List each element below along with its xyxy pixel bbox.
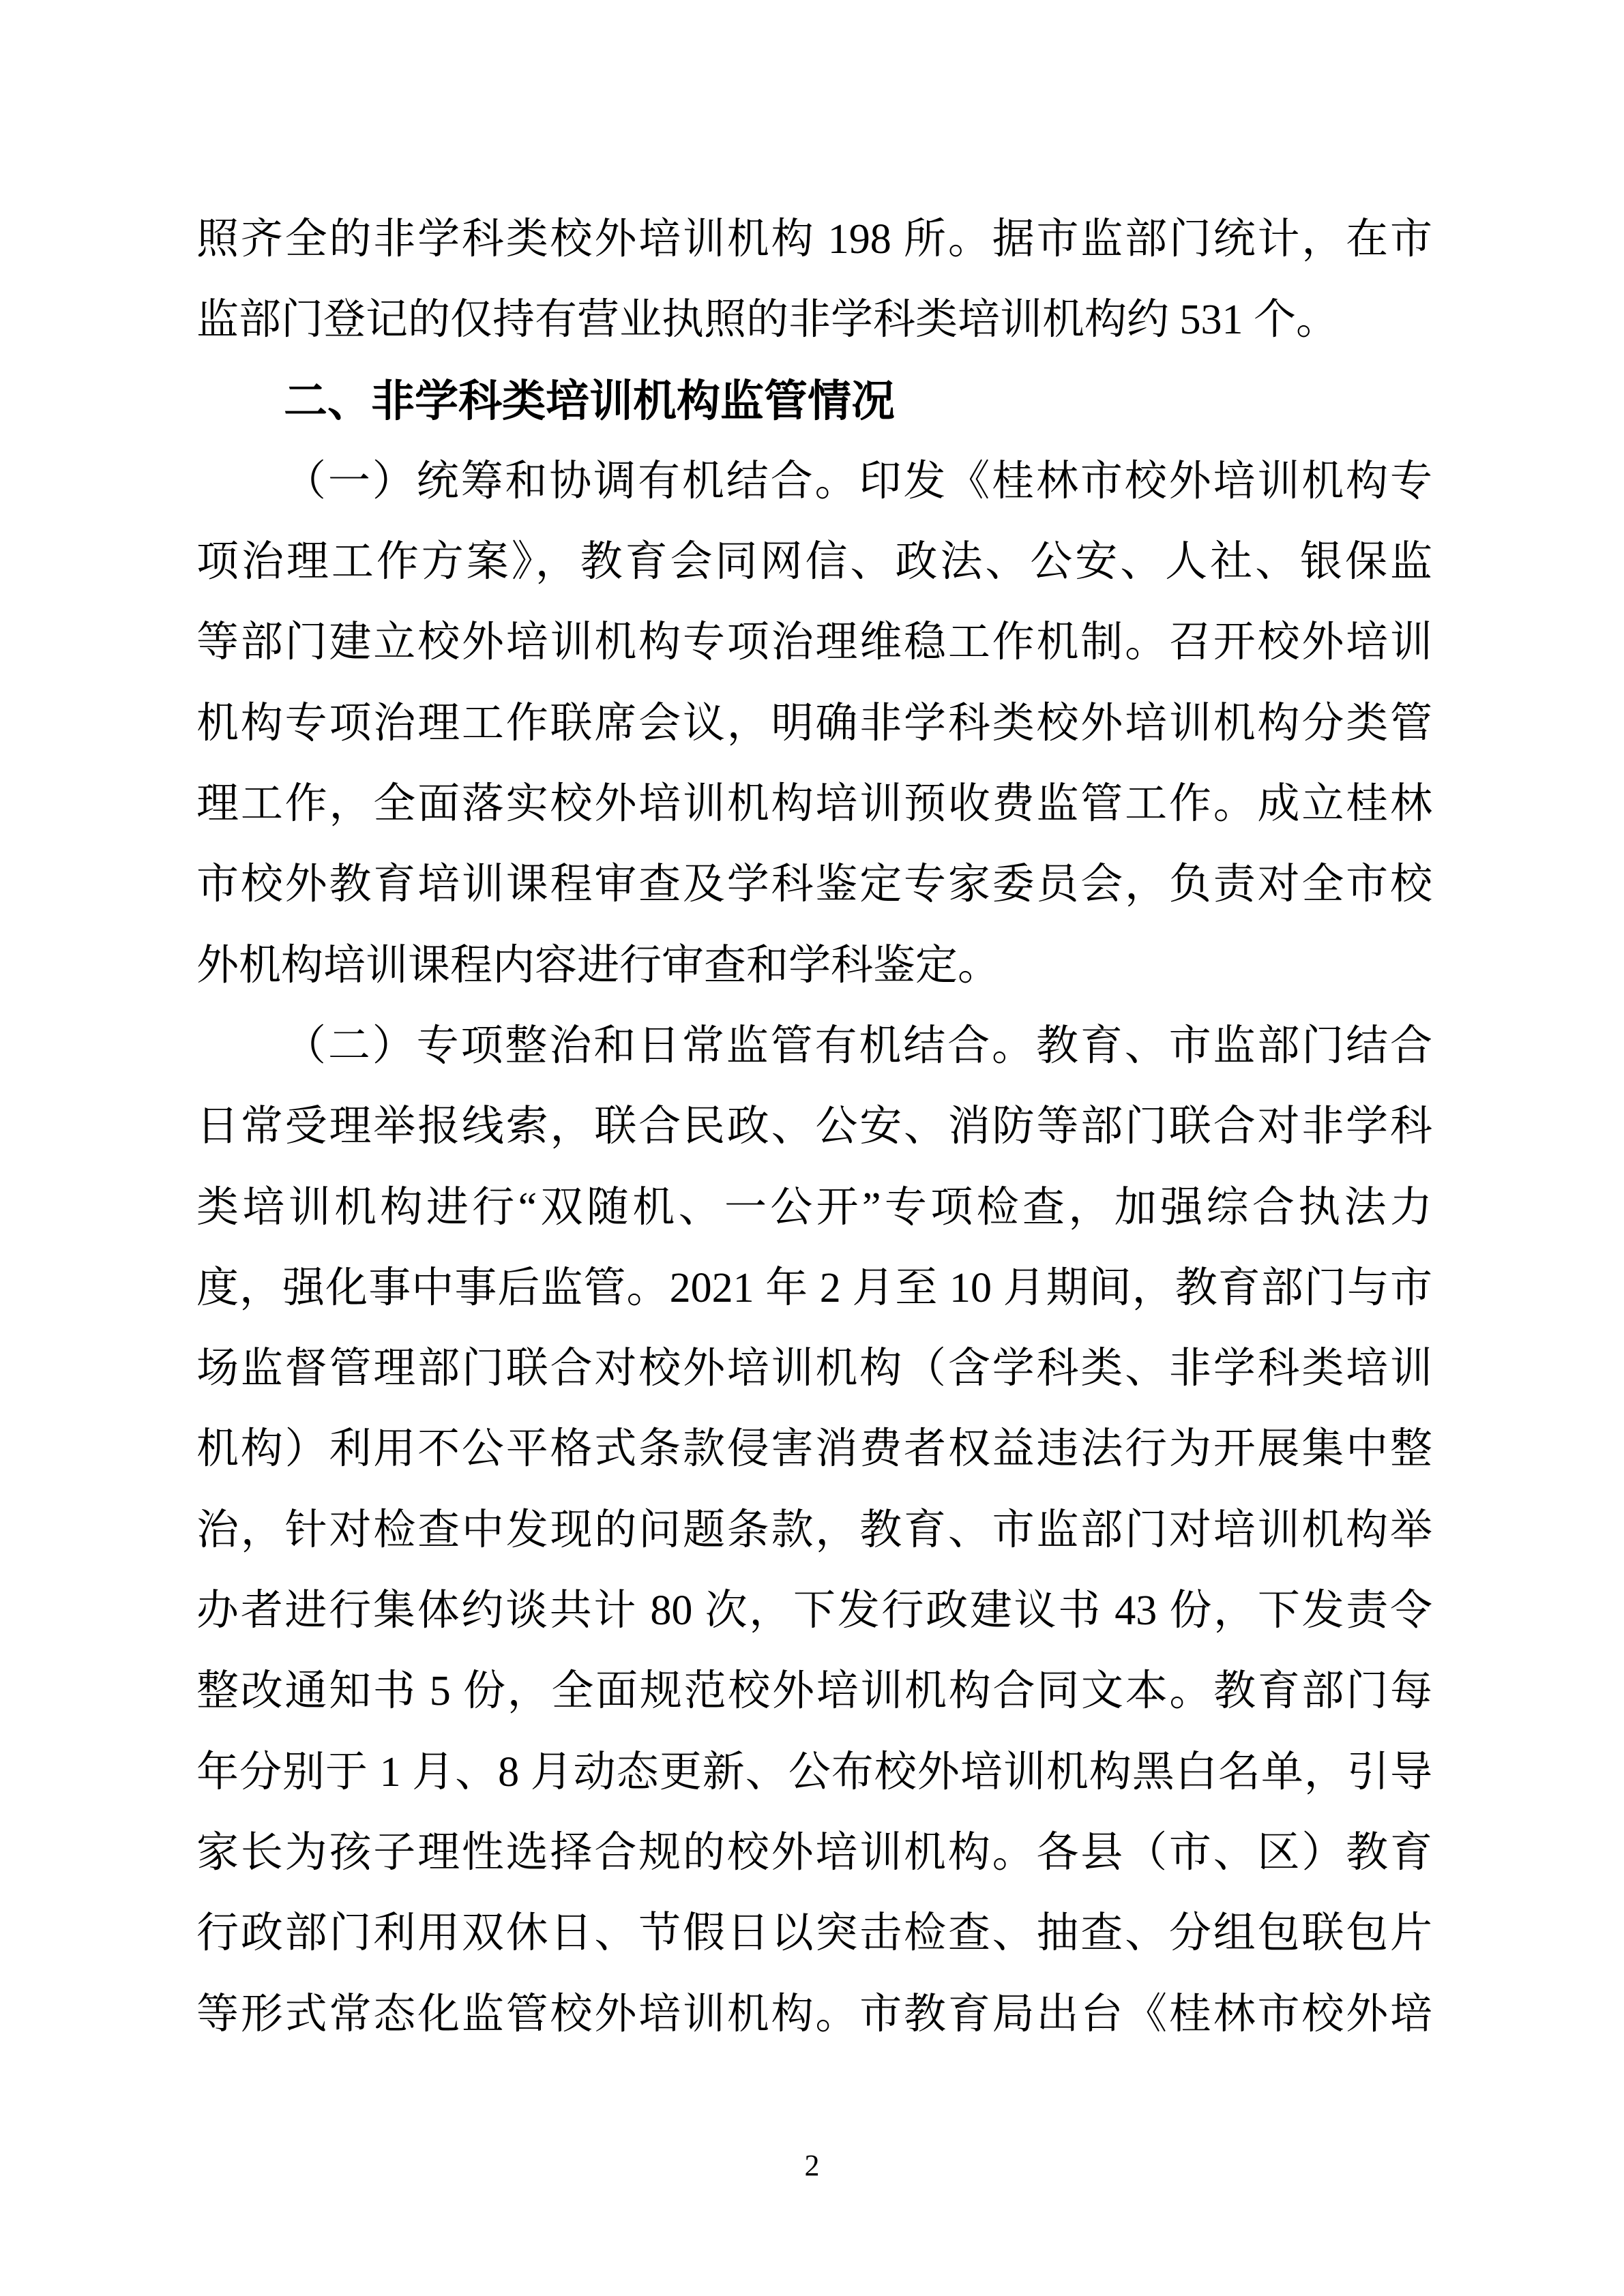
text-line: （二）专项整治和日常监管有机结合。教育、市监部门结合 bbox=[196, 1006, 1432, 1086]
text-line: 机构）利用不公平格式条款侵害消费者权益违法行为开展集中整 bbox=[196, 1409, 1432, 1489]
text-line: 整改通知书 5 份，全面规范校外培训机构合同文本。教育部门每 bbox=[196, 1651, 1432, 1731]
text-line: 类培训机构进行“双随机、一公开”专项检查，加强综合执法力 bbox=[196, 1167, 1432, 1248]
text-line: 家长为孩子理性选择合规的校外培训机构。各县（市、区）教育 bbox=[196, 1813, 1432, 1893]
text-line: 治，针对检查中发现的问题条款，教育、市监部门对培训机构举 bbox=[196, 1490, 1432, 1570]
section-heading: 二、非学科类培训机构监管情况 bbox=[196, 361, 1432, 441]
text-line: 行政部门利用双休日、节假日以突击检查、抽查、分组包联包片 bbox=[196, 1893, 1432, 1973]
text-line: 外机构培训课程内容进行审查和学科鉴定。 bbox=[196, 925, 1432, 1006]
page-number: 2 bbox=[0, 2148, 1624, 2183]
text-line: 场监督管理部门联合对校外培训机构（含学科类、非学科类培训 bbox=[196, 1328, 1432, 1409]
text-line: 等部门建立校外培训机构专项治理维稳工作机制。召开校外培训 bbox=[196, 602, 1432, 683]
text-line: 市校外教育培训课程审查及学科鉴定专家委员会，负责对全市校 bbox=[196, 844, 1432, 925]
text-line: 日常受理举报线索，联合民政、公安、消防等部门联合对非学科 bbox=[196, 1086, 1432, 1167]
text-line: 理工作，全面落实校外培训机构培训预收费监管工作。成立桂林 bbox=[196, 764, 1432, 844]
text-line: （一）统筹和协调有机结合。印发《桂林市校外培训机构专 bbox=[196, 441, 1432, 522]
text-line: 监部门登记的仅持有营业执照的非学科类培训机构约 531 个。 bbox=[196, 280, 1432, 360]
text-line: 等形式常态化监管校外培训机构。市教育局出台《桂林市校外培 bbox=[196, 1974, 1432, 2055]
text-line: 度，强化事中事后监管。2021 年 2 月至 10 月期间，教育部门与市 bbox=[196, 1248, 1432, 1328]
text-line: 机构专项治理工作联席会议，明确非学科类校外培训机构分类管 bbox=[196, 683, 1432, 764]
text-line: 照齐全的非学科类校外培训机构 198 所。据市监部门统计，在市 bbox=[196, 199, 1432, 280]
paragraph-text: 教育、市监部门结合 bbox=[1036, 1023, 1432, 1069]
paragraph-lead: （一）统筹和协调有机结合。 bbox=[284, 458, 859, 505]
document-page: 照齐全的非学科类校外培训机构 198 所。据市监部门统计，在市 监部门登记的仅持… bbox=[0, 0, 1624, 2296]
text-line: 项治理工作方案》，教育会同网信、政法、公安、人社、银保监 bbox=[196, 522, 1432, 602]
paragraph-lead: （二）专项整治和日常监管有机结合。 bbox=[284, 1023, 1036, 1069]
text-line: 年分别于 1 月、8 月动态更新、公布校外培训机构黑白名单，引导 bbox=[196, 1732, 1432, 1813]
text-block: 照齐全的非学科类校外培训机构 198 所。据市监部门统计，在市 监部门登记的仅持… bbox=[196, 199, 1432, 2055]
text-line: 办者进行集体约谈共计 80 次，下发行政建议书 43 份，下发责令 bbox=[196, 1570, 1432, 1651]
paragraph-text: 印发《桂林市校外培训机构专 bbox=[859, 458, 1432, 505]
